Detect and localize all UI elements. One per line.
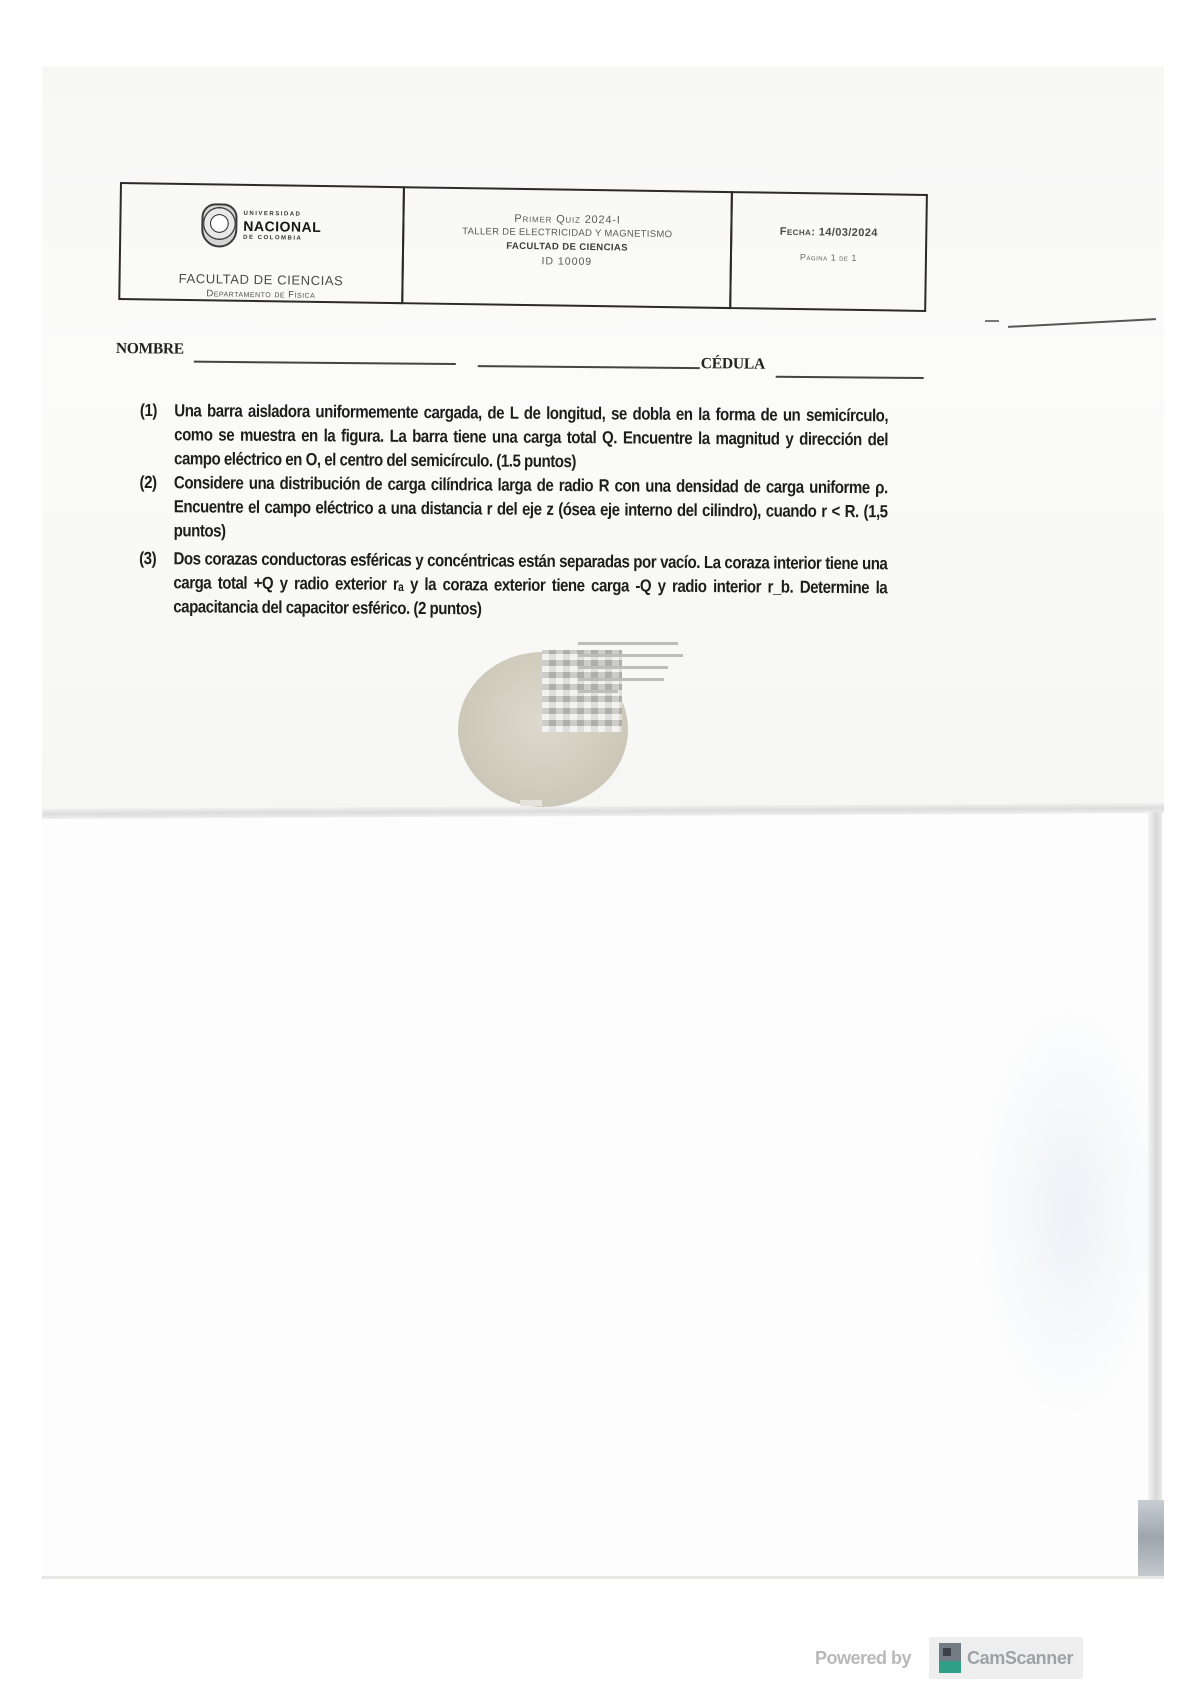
university-logo: UNIVERSIDAD NACIONAL DE COLOMBIA: [201, 203, 322, 249]
name-field-line-2[interactable]: [478, 365, 700, 369]
camscanner-watermark: Powered by CamScanner: [815, 1636, 1083, 1680]
exam-date: Fecha: 14/03/2024: [732, 225, 925, 240]
header-cell-course: Primer Quiz 2024-I TALLER DE ELECTRICIDA…: [401, 186, 733, 309]
question-text: Una barra aisladora uniformemente cargad…: [174, 400, 888, 471]
logo-small-top: UNIVERSIDAD: [243, 211, 321, 218]
page-count: Página 1 de 1: [732, 251, 925, 264]
question-2: (2) Considere una distribución de carga …: [139, 470, 888, 547]
logo-small-bottom: DE COLOMBIA: [243, 235, 321, 242]
question-text: Dos corazas conductoras esféricas y conc…: [173, 548, 887, 618]
scan-haze: [975, 1000, 1165, 1420]
question-text: Considere una distribución de carga cilí…: [174, 472, 888, 540]
header-cell-date: Fecha: 14/03/2024 Página 1 de 1: [729, 191, 928, 312]
figure-base: [520, 800, 542, 806]
university-crest-icon: [201, 203, 238, 248]
camscanner-badge: CamScanner: [929, 1637, 1083, 1679]
id-label: CÉDULA: [701, 355, 765, 374]
figure-caption-blurred: [578, 642, 688, 702]
question-number: (2): [139, 470, 156, 494]
name-label: NOMBRE: [116, 340, 184, 359]
camscanner-logo-icon: [939, 1643, 961, 1673]
question-3: (3) Dos corazas conductoras esféricas y …: [139, 546, 888, 623]
faculty-name: FACULTAD DE CIENCIAS: [120, 270, 401, 289]
semicircle-figure: [458, 640, 718, 805]
powered-by-label: Powered by: [815, 1648, 911, 1669]
camscanner-brand: CamScanner: [967, 1648, 1073, 1669]
pen-mark: [985, 320, 999, 322]
scan-artifact: [1138, 1500, 1164, 1576]
question-number: (1): [140, 398, 157, 422]
question-list: (1) Una barra aisladora uniformemente ca…: [139, 398, 888, 623]
question-1: (1) Una barra aisladora uniformemente ca…: [140, 398, 889, 475]
department-name: Departamento de Física: [120, 287, 401, 302]
question-number: (3): [139, 546, 156, 570]
logo-name: NACIONAL: [243, 219, 321, 234]
exam-header-table: UNIVERSIDAD NACIONAL DE COLOMBIA FACULTA…: [118, 182, 928, 326]
header-cell-university: UNIVERSIDAD NACIONAL DE COLOMBIA FACULTA…: [118, 182, 405, 304]
name-field-line-1[interactable]: [194, 361, 456, 365]
sheet-right-edge: [1148, 812, 1162, 1576]
